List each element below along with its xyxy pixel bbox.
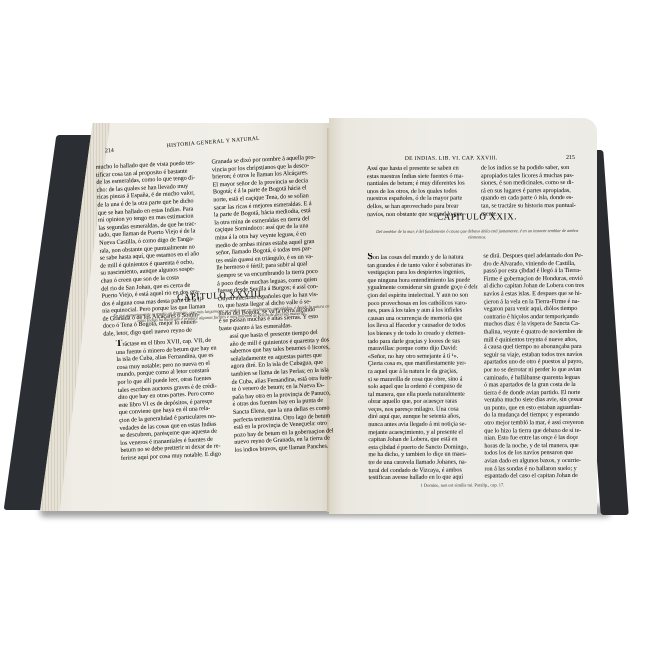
right-col1-bottom: Son las cosas del mundo y de la naturata… [367, 253, 478, 482]
right-running-title: DE INDIAS. LIB. VI. CAP. XXVIII. [405, 155, 498, 163]
text-line: Çierta cosa es, que manifiestamente yer- [368, 360, 478, 368]
text-line: otro mejor tembló la mar, é assí creyero… [484, 419, 592, 427]
right-col1-top: Assí que hasta el presente se saben enes… [367, 165, 475, 219]
text-line: Son las cosas del mundo y de la natura [367, 253, 477, 262]
drop-cap: S [367, 253, 373, 262]
right-page-number: 215 [566, 155, 575, 163]
text-line: çion del espíritu intelectual. Y aun no … [368, 291, 478, 299]
text-line: espantado del caso el capitan Johan de [484, 472, 592, 480]
text-line: siones, é son medicinales, como se di- [481, 179, 587, 187]
text-line: por no se derrotar ni perder lo que avia… [484, 366, 592, 374]
text-line: avian dado en algunos baxos, y ocurrie- [484, 457, 592, 465]
right-page-text: DE INDIAS. LIB. VI. CAP. XXVIII. 215 Ass… [0, 0, 650, 650]
book-photo: 214 HISTORIA GENERAL Y NATURAL mucho lo … [0, 0, 650, 650]
text-line: solo aquel que la ordenó é compuso de [368, 383, 478, 391]
text-line: nunca antes avia llegado á mi notiçia se… [368, 421, 478, 429]
right-col2-bottom: se dirá. Despues quel adelantado don Pe-… [483, 252, 592, 480]
text-line: tan, se tractáre su historia mas puntual… [481, 202, 587, 210]
text-line: ó mas apartados de la gran costa de la [484, 381, 592, 389]
text-line: los bienes y de todo lo creado y elemen- [368, 329, 478, 337]
footnote: 1 Domine, non est similis tui. Paralip.,… [421, 481, 591, 489]
text-line: tre de una caravela llamado Johanes, na- [368, 459, 478, 467]
right-running-head: DE INDIAS. LIB. VI. CAP. XXVIII. 215 [353, 155, 585, 156]
right-col2-top: de los indios se ha podido saber, sonapr… [481, 164, 587, 218]
text-line: se dirá. Despues quel adelantado don Pe- [483, 252, 591, 260]
text-line: nantiales de betum; é muy diferentes los [367, 180, 475, 188]
text-line: navíos á estas islas. E despues que se h… [484, 290, 592, 298]
chapter-title-xxix: CAPITULO XXIX. [367, 213, 587, 222]
text-line: á causa quel tiempo no abonançaba para [484, 343, 592, 351]
chapter-summary-xxix: Del temblor de la mar, é del fundamento … [367, 228, 587, 240]
text-line: thalina, veynte é quatro de noviembre de [484, 328, 592, 336]
